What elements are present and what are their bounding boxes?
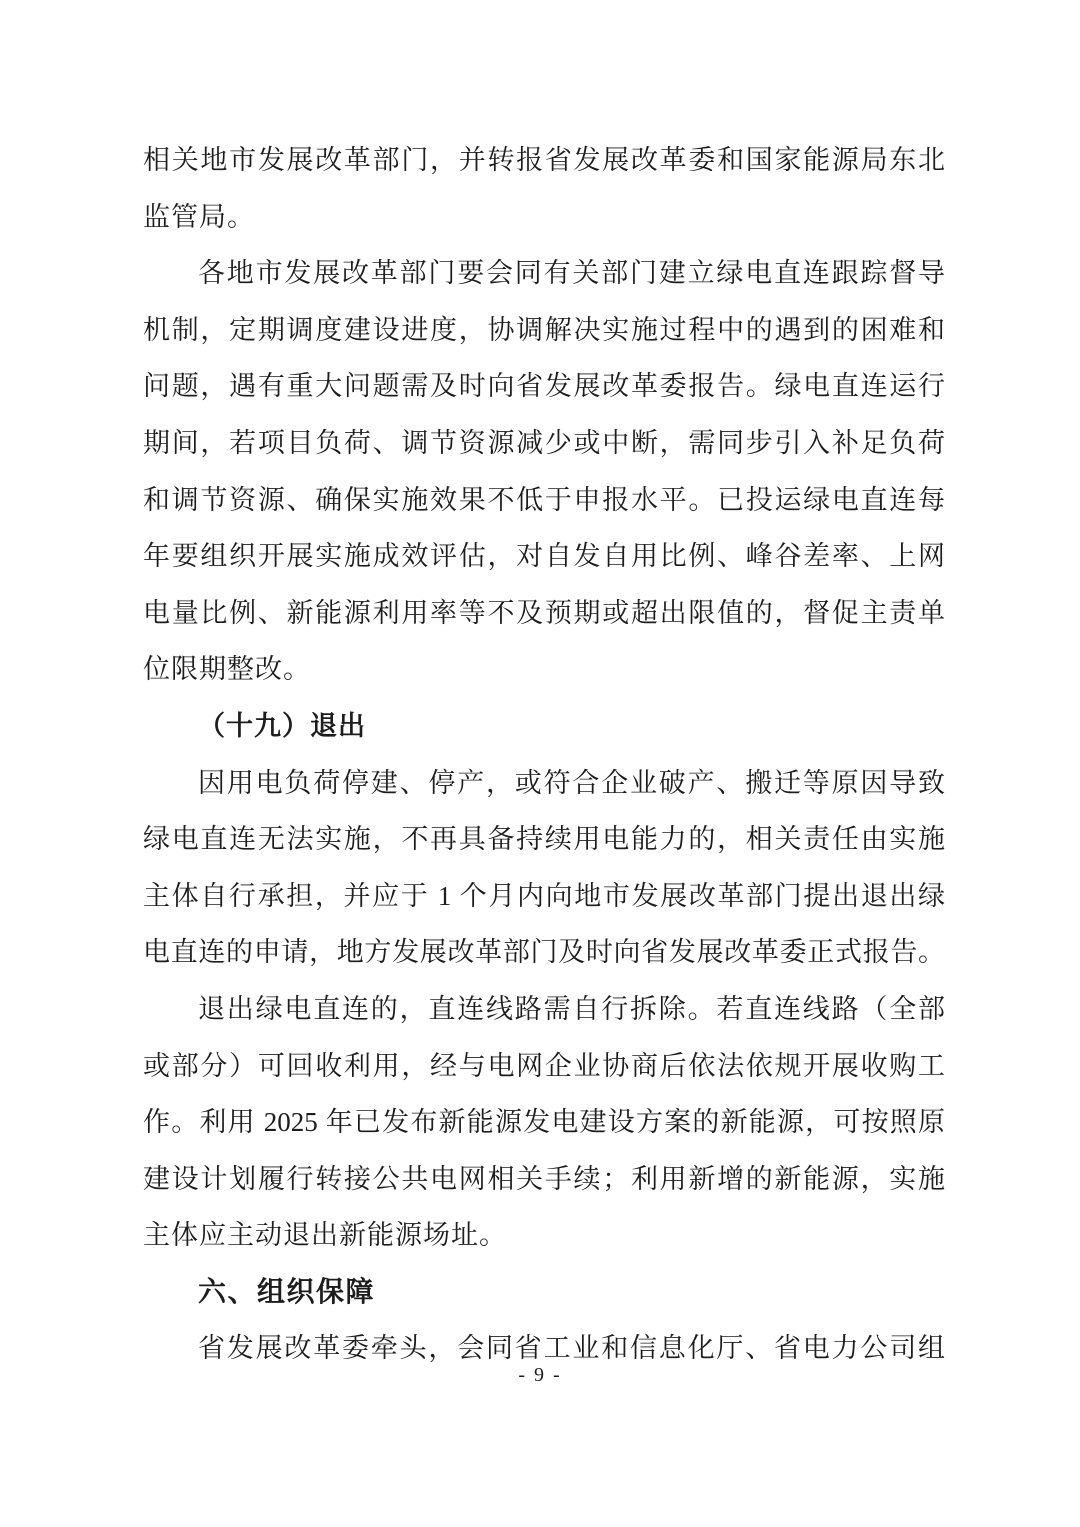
text-line: 电直连的申请，地方发展改革部门及时向省发展改革委正式报告。 [143,924,945,981]
text-lines: 相关地市发展改革部门，并转报省发展改革委和国家能源局东北监管局。各地市发展改革部… [143,132,945,1377]
text-line: 建设计划履行转接公共电网相关手续；利用新增的新能源，实施 [143,1151,945,1208]
text-line: 监管局。 [143,189,945,246]
page-number-footer: - 9 - [0,1364,1080,1387]
text-line: 作。利用 2025 年已发布新能源发电建设方案的新能源，可按照原 [143,1094,945,1151]
text-line: 相关地市发展改革部门，并转报省发展改革委和国家能源局东北 [143,132,945,189]
text-line: 位限期整改。 [143,641,945,698]
text-line: 机制，定期调度建设进度，协调解决实施过程中的遇到的困难和 [143,302,945,359]
text-line: 期间，若项目负荷、调节资源减少或中断，需同步引入补足负荷 [143,415,945,472]
section-heading: （十九）退出 [143,698,945,755]
text-line: 退出绿电直连的，直连线路需自行拆除。若直连线路（全部 [143,981,945,1038]
text-line: 因用电负荷停建、停产，或符合企业破产、搬迁等原因导致 [143,755,945,812]
text-line: 和调节资源、确保实施效果不低于申报水平。已投运绿电直连每 [143,472,945,529]
text-line: 主体应主动退出新能源场址。 [143,1207,945,1264]
text-line: 电量比例、新能源利用率等不及预期或超出限值的，督促主责单 [143,585,945,642]
section-heading: 六、组织保障 [143,1264,945,1321]
text-line: 各地市发展改革部门要会同有关部门建立绿电直连跟踪督导 [143,245,945,302]
document-page: 相关地市发展改革部门，并转报省发展改革委和国家能源局东北监管局。各地市发展改革部… [0,0,1080,1527]
text-line: 或部分）可回收利用，经与电网企业协商后依法依规开展收购工 [143,1038,945,1095]
text-line: 问题，遇有重大问题需及时向省发展改革委报告。绿电直连运行 [143,358,945,415]
text-line: 绿电直连无法实施，不再具备持续用电能力的，相关责任由实施 [143,811,945,868]
text-line: 年要组织开展实施成效评估，对自发自用比例、峰谷差率、上网 [143,528,945,585]
text-line: 主体自行承担，并应于 1 个月内向地市发展改革部门提出退出绿 [143,868,945,925]
